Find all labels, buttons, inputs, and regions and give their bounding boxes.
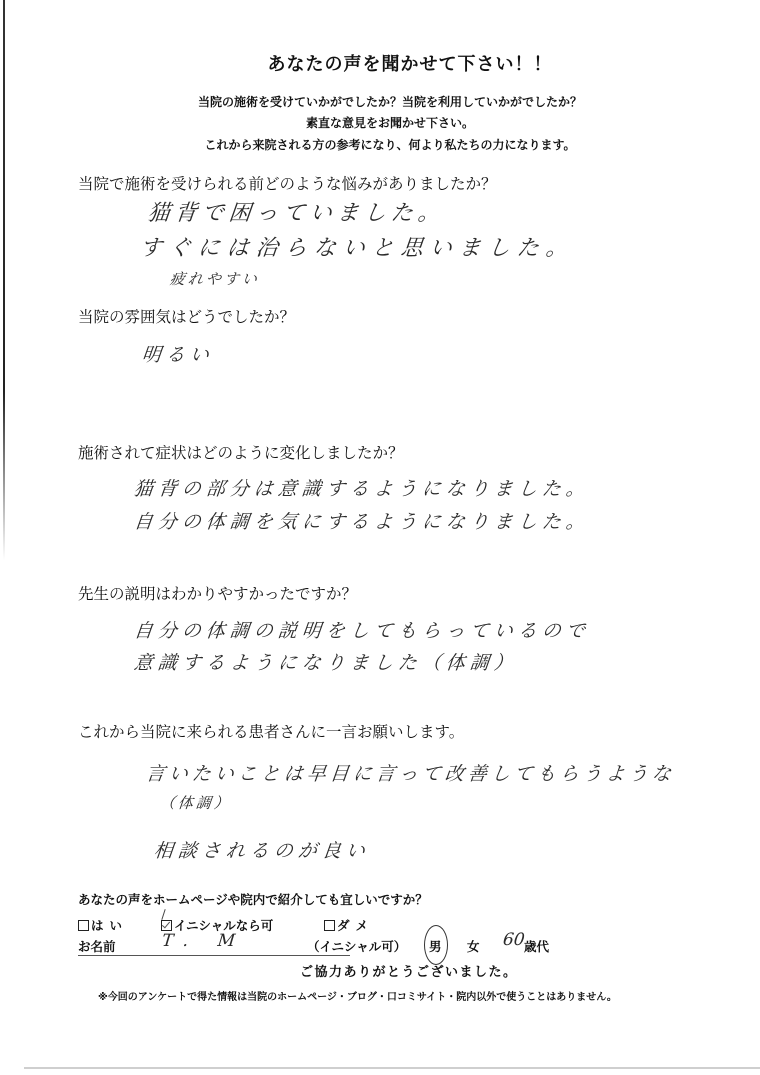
question-1-answer-1: 猫背で困っていました。	[146, 196, 446, 227]
question-5-answer-1: 言いたいことは早目に言って改善してもらうような	[145, 759, 677, 786]
question-3-answer-2: 自分の体調を気にするようになりました。	[133, 507, 592, 534]
checkbox-yes[interactable]	[78, 920, 89, 931]
question-1-answer-2: すぐには治らないと思いました。	[138, 231, 576, 262]
question-5-label: これから当院に来られる患者さんに一言お願いします。	[78, 720, 464, 742]
question-2-answer-1: 明るい	[141, 340, 216, 367]
consent-option-no-label: ダメ	[337, 916, 374, 934]
thanks-message: ご協力ありがとうございました。	[300, 961, 518, 980]
page-bottom-edge	[24, 1067, 760, 1069]
question-1-label: 当院で施術を受けられる前どのような悩みがありましたか？	[78, 172, 497, 194]
check-mark-icon	[161, 909, 165, 920]
privacy-note: ※今回のアンケートで得た情報は当院のホームページ・ブログ・口コミサイト・院内以外…	[98, 988, 617, 1003]
gender-male[interactable]: 男	[429, 937, 442, 955]
consent-option-yes[interactable]: はい	[78, 916, 128, 934]
page-left-edge	[3, 0, 5, 560]
age-field[interactable]: 60	[502, 930, 526, 950]
question-4-label: 先生の説明はわかりやすかったですか？	[78, 582, 357, 604]
consent-option-yes-label: はい	[91, 916, 128, 934]
question-5-answer-3: 相談されるのが良い	[153, 836, 372, 863]
question-1-answer-3: 疲れやすい	[169, 268, 261, 289]
subtitle-line-2: 素直な意見をお聞かせ下さい。	[0, 114, 760, 131]
name-label: お名前	[78, 937, 116, 955]
question-2-label: 当院の雰囲気はどうでしたか？	[78, 305, 295, 327]
initial-note: （イニシャル可）	[307, 937, 406, 955]
question-4-answer-2: 意識するようになりました（体調）	[133, 648, 520, 675]
gender-female[interactable]: 女	[467, 937, 480, 955]
age-suffix: 歳代	[524, 937, 549, 955]
subtitle-line-3: これから来院される方の参考になり、何より私たちの力になります。	[0, 136, 760, 153]
survey-title: あなたの声を聞かせて下さい！！	[0, 50, 760, 76]
question-5-answer-2: （体調）	[159, 792, 233, 813]
consent-option-no[interactable]: ダメ	[324, 916, 374, 934]
question-3-label: 施術されて症状はどのように変化しましたか？	[78, 441, 404, 463]
consent-question: あなたの声をホームページや院内で紹介しても宜しいですか？	[78, 890, 428, 908]
name-underline	[78, 955, 350, 956]
checkbox-no[interactable]	[324, 920, 335, 931]
checkbox-initials-checked[interactable]	[161, 920, 172, 931]
name-field[interactable]: T. M	[161, 931, 248, 951]
question-4-answer-1: 自分の体調の説明をしてもらっているので	[133, 616, 592, 643]
subtitle-line-1: 当院の施術を受けていかがでしたか？当院を利用していかがでしたか？	[0, 93, 760, 110]
question-3-answer-1: 猫背の部分は意識するようになりました。	[133, 474, 592, 501]
